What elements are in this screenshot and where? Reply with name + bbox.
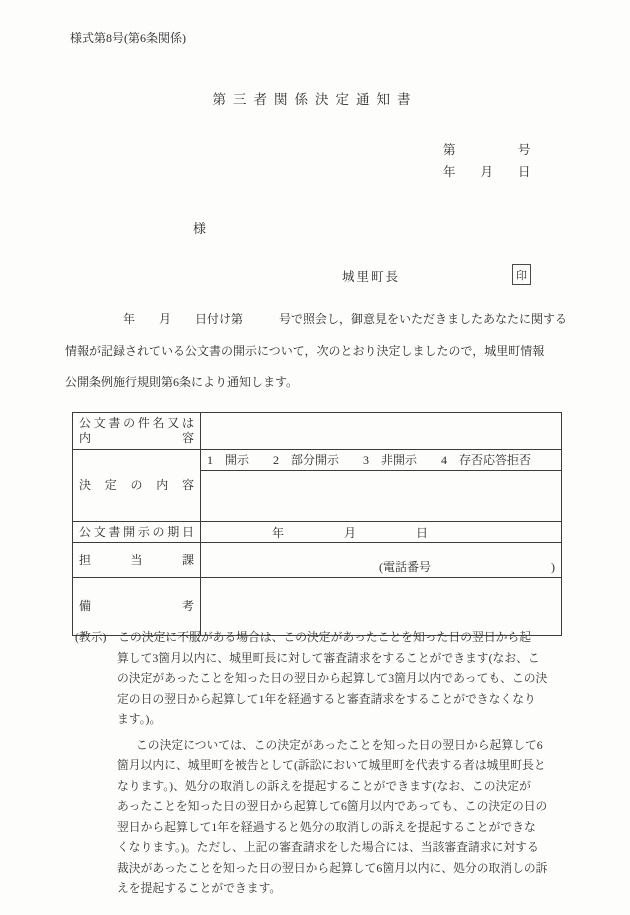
teaching-line: 定の日の翌日から起算して1年を経過すると審査請求をすることができなくなり <box>117 692 587 713</box>
date-value-cell: 年 月 日 <box>201 522 562 543</box>
decision-label: 決定の内容 <box>79 478 194 493</box>
page-title: 第三者関係決定通知書 <box>0 88 630 108</box>
table-row: 決定の内容 1 開示 2 部分開示 3 非開示 4 存否応答拒否 <box>73 450 562 471</box>
subject-label-line2: 内容 <box>79 431 194 446</box>
body-line: 公開条例施行規則第6条により通知します。 <box>65 374 565 406</box>
body-line: 情報が記録されている公文書の開示について，次のとおり決定しましたので，城里町情報 <box>65 343 565 375</box>
doc-number-line: 第 号 <box>443 139 531 161</box>
date-value: 年 月 日 <box>207 524 555 541</box>
body-line: 年 月 日付け第 号で照会し，御意見をいただきましたあなたに関する <box>65 311 565 343</box>
table-row: 公文書開示の期日 年 月 日 <box>73 522 562 543</box>
decision-table: 公文書の件名又は 内容 決定の内容 1 開示 2 部分開示 3 非開示 4 存否… <box>72 412 562 636</box>
document-page: 様式第8号(第6条関係) 第三者関係決定通知書 第 号 年 月 日 様 城里町長… <box>0 0 630 915</box>
teaching-line: 算して3箇月以内に、城里町長に対して審査請求をすることができます(なお、こ <box>117 651 587 672</box>
addressee-suffix: 様 <box>193 218 206 237</box>
teaching-line: なります。)、処分の取消しの訴えを提起することができます(なお、この決定が <box>117 779 587 800</box>
teaching-line: 翌日から起算して1年を経過すると処分の取消しの訴えを提起することができな <box>117 820 587 841</box>
phone-number-label: (電話番号 ) <box>379 558 555 575</box>
section-label: 担当課 <box>79 553 194 568</box>
doc-number-block: 第 号 年 月 日 <box>443 139 531 183</box>
table-row: 担当課 (電話番号 ) <box>73 543 562 578</box>
teaching-paragraph-2: この決定については、この決定があったことを知った日の翌日から起算して6 箇月以内… <box>117 738 587 902</box>
table-row: 備考 <box>73 578 562 636</box>
date-label: 公文書開示の期日 <box>79 525 194 540</box>
seal-label: 印 <box>516 267 527 283</box>
issuer-name: 城里町長 <box>342 267 400 285</box>
section-label-cell: 担当課 <box>73 543 201 578</box>
decision-label-cell: 決定の内容 <box>73 450 201 522</box>
table-row: 公文書の件名又は 内容 <box>73 413 562 450</box>
teaching-paragraph-1: (教示) この決定に不服がある場合は、この決定があったことを知った日の翌日から起… <box>117 630 587 733</box>
remarks-label-cell: 備考 <box>73 578 201 636</box>
teaching-note: (教示) この決定に不服がある場合は、この決定があったことを知った日の翌日から起… <box>117 630 587 902</box>
subject-label-cell: 公文書の件名又は 内容 <box>73 413 201 450</box>
form-code: 様式第8号(第6条関係) <box>70 29 186 46</box>
remarks-value-cell <box>201 578 562 636</box>
remarks-label: 備考 <box>79 599 194 614</box>
teaching-line: ます。)。 <box>117 712 587 733</box>
teaching-line: くなります。)。ただし、上記の審査請求をした場合には、当該審査請求に対する <box>117 840 587 861</box>
teaching-line: 箇月以内に、城里町を被告として(訴訟において城里町を代表する者は城里町長と <box>117 758 587 779</box>
seal-stamp-icon: 印 <box>512 264 531 285</box>
subject-label-line1: 公文書の件名又は <box>79 416 194 431</box>
decision-value-cell <box>201 471 562 522</box>
decision-options-cell: 1 開示 2 部分開示 3 非開示 4 存否応答拒否 <box>201 450 562 471</box>
decision-options: 1 開示 2 部分開示 3 非開示 4 存否応答拒否 <box>207 451 555 469</box>
teaching-line: あったことを知った日の翌日から起算して6箇月以内であっても、この決定の日の <box>117 799 587 820</box>
teaching-line: えを提起することができます。 <box>117 881 587 902</box>
teaching-line: の決定があったことを知った日の翌日から起算して3箇月以内であっても、この決 <box>117 671 587 692</box>
subject-value-cell <box>201 413 562 450</box>
date-label-cell: 公文書開示の期日 <box>73 522 201 543</box>
teaching-line: 裁決があったことを知った日の翌日から起算して6箇月以内に、処分の取消しの訴 <box>117 861 587 882</box>
body-paragraph: 年 月 日付け第 号で照会し，御意見をいただきましたあなたに関する 情報が記録さ… <box>65 311 565 406</box>
doc-date-line: 年 月 日 <box>443 161 531 183</box>
section-value-cell: (電話番号 ) <box>201 543 562 578</box>
teaching-line: この決定については、この決定があったことを知った日の翌日から起算して6 <box>117 738 587 759</box>
teaching-line: (教示) この決定に不服がある場合は、この決定があったことを知った日の翌日から起 <box>75 630 587 651</box>
